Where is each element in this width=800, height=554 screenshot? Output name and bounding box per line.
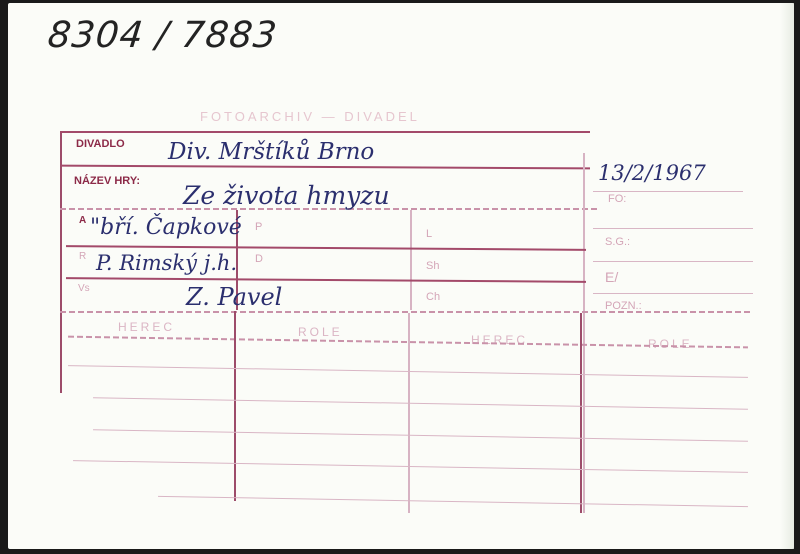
- nazev-hry-value: Ze života hmyzu: [183, 181, 390, 210]
- date-value: 13/2/1967: [598, 161, 706, 185]
- a-label: A: [79, 215, 86, 226]
- e-label: E/: [605, 269, 618, 285]
- r-label: R: [79, 251, 86, 262]
- divider: [66, 277, 586, 282]
- table-row: [93, 429, 748, 442]
- divider: [60, 311, 750, 313]
- column-divider: [583, 153, 585, 513]
- divider: [593, 293, 753, 294]
- column-divider: [408, 313, 410, 513]
- stamp-header: FOTOARCHIV — DIVADEL: [200, 109, 420, 124]
- divider: [593, 228, 753, 229]
- d-label: D: [255, 253, 263, 265]
- divider: [66, 245, 586, 250]
- divider: [60, 131, 590, 133]
- table-row: [73, 460, 748, 473]
- vs-label: Vs: [78, 283, 90, 294]
- divider: [60, 165, 590, 169]
- herec-header-1: HEREC: [118, 320, 175, 334]
- archive-card: 8304 / 7883 FOTOARCHIV — DIVADEL DIVADLO…: [8, 3, 794, 549]
- nazev-hry-label: NÁZEV HRY:: [74, 175, 140, 187]
- table-row: [93, 397, 748, 410]
- reference-number: 8304 / 7883: [46, 15, 280, 56]
- role-header-1: ROLE: [298, 325, 343, 339]
- fo-label: FO:: [608, 193, 626, 205]
- column-divider: [410, 210, 412, 310]
- column-divider: [234, 311, 236, 501]
- herec-header-2: HEREC: [471, 333, 528, 347]
- sg-label: S.G.:: [605, 236, 630, 248]
- card-left-border: [60, 131, 62, 393]
- column-divider: [580, 313, 582, 513]
- sh-label: Sh: [426, 260, 439, 272]
- table-row: [158, 496, 748, 508]
- divadlo-label: DIVADLO: [76, 138, 125, 150]
- a-value: "bří. Čapkové: [90, 215, 242, 240]
- ch-label: Ch: [426, 291, 440, 303]
- vs-value: Z. Pavel: [186, 283, 282, 311]
- l-label: L: [426, 228, 432, 240]
- divadlo-value: Div. Mrštíků Brno: [168, 139, 374, 165]
- divider: [593, 261, 753, 262]
- p-label: P: [255, 221, 262, 233]
- r-value: P. Rimský j.h.: [96, 251, 237, 275]
